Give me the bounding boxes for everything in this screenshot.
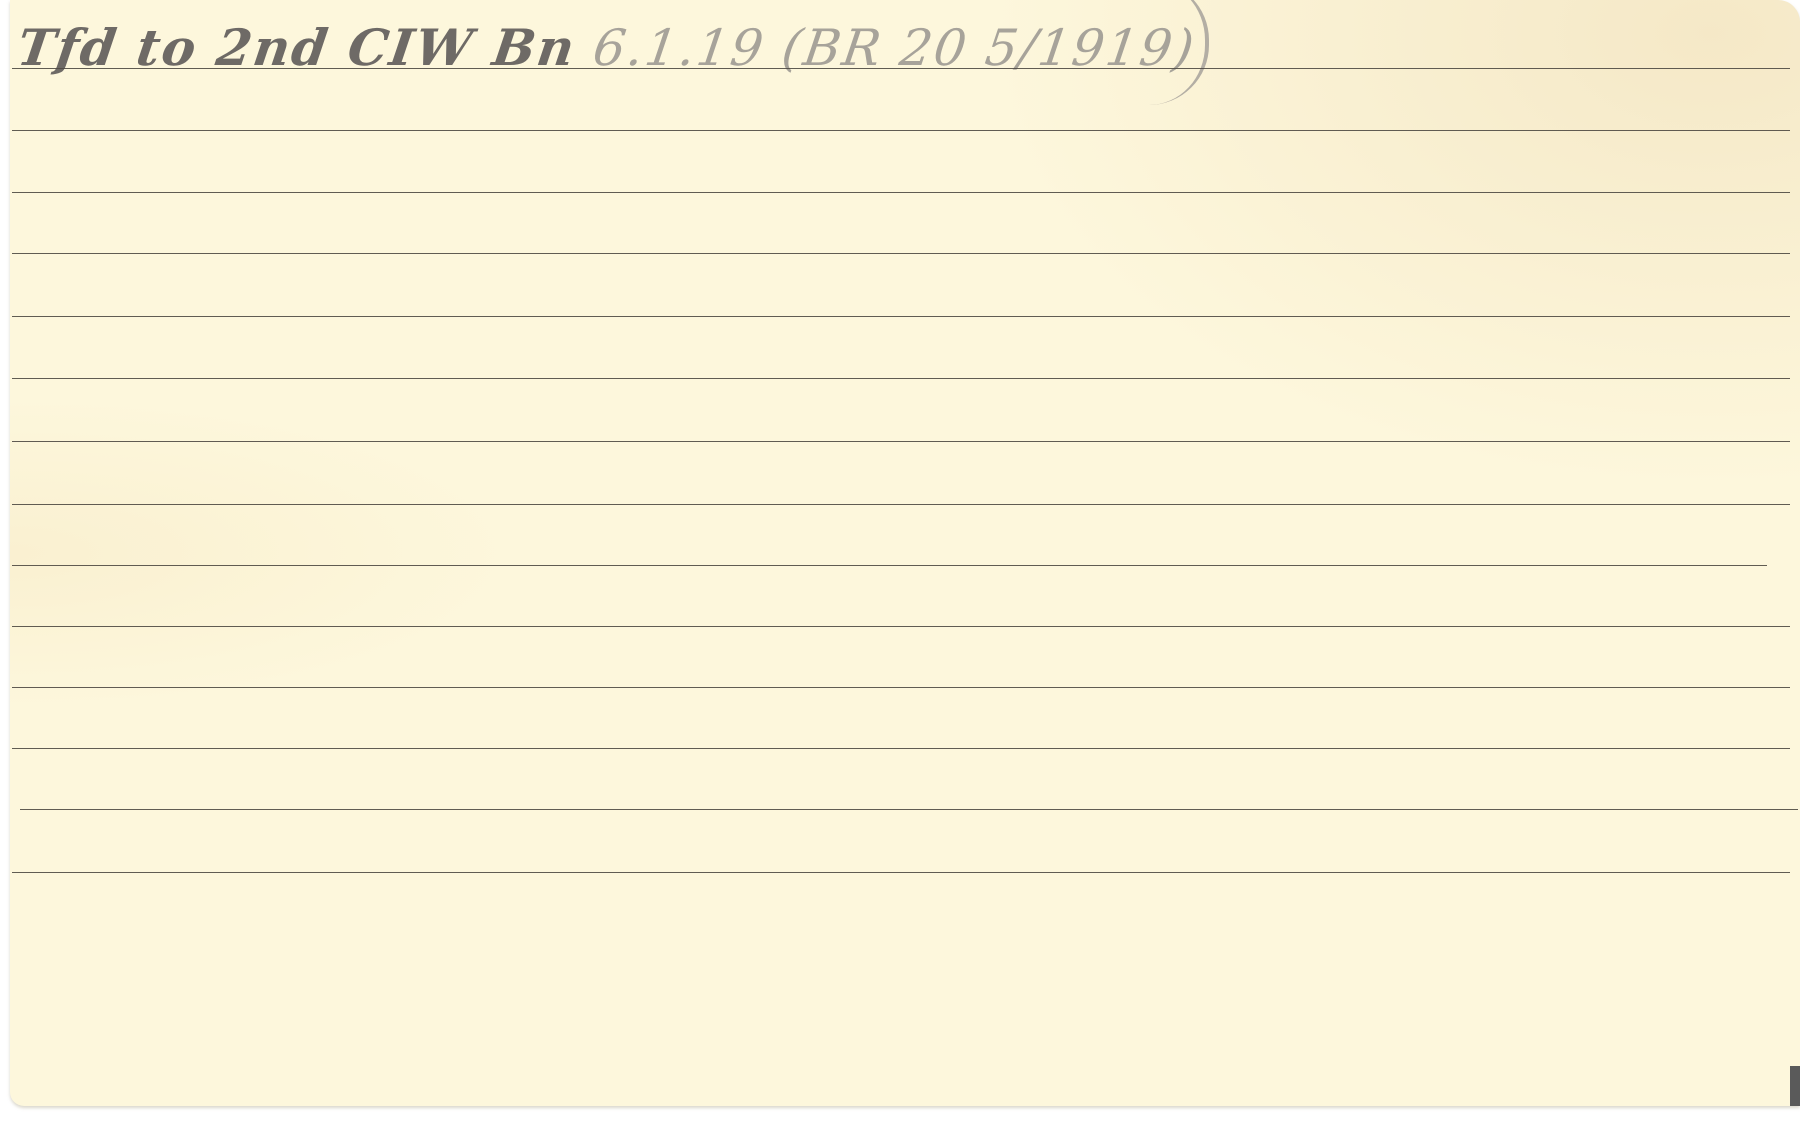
ruled-line (12, 378, 1790, 379)
ruled-line (12, 748, 1790, 749)
ruled-line (12, 441, 1790, 442)
ruled-line (12, 565, 1767, 566)
ruled-line (12, 872, 1790, 873)
ruled-line (20, 809, 1798, 810)
ruled-line (12, 192, 1790, 193)
ruled-line (12, 130, 1790, 131)
ruled-line (12, 687, 1790, 688)
ruled-line (12, 253, 1790, 254)
ruled-line (12, 68, 1790, 69)
pencil-parenthesis-mark (1135, 0, 1209, 105)
ruled-line (12, 316, 1790, 317)
index-card: Tfd to 2nd CIW Bn 6.1.19 (BR 20 5/1919) (10, 0, 1800, 1106)
scan-edge-shadow (1790, 1066, 1800, 1106)
ruled-line (12, 626, 1790, 627)
ruled-line (12, 504, 1790, 505)
